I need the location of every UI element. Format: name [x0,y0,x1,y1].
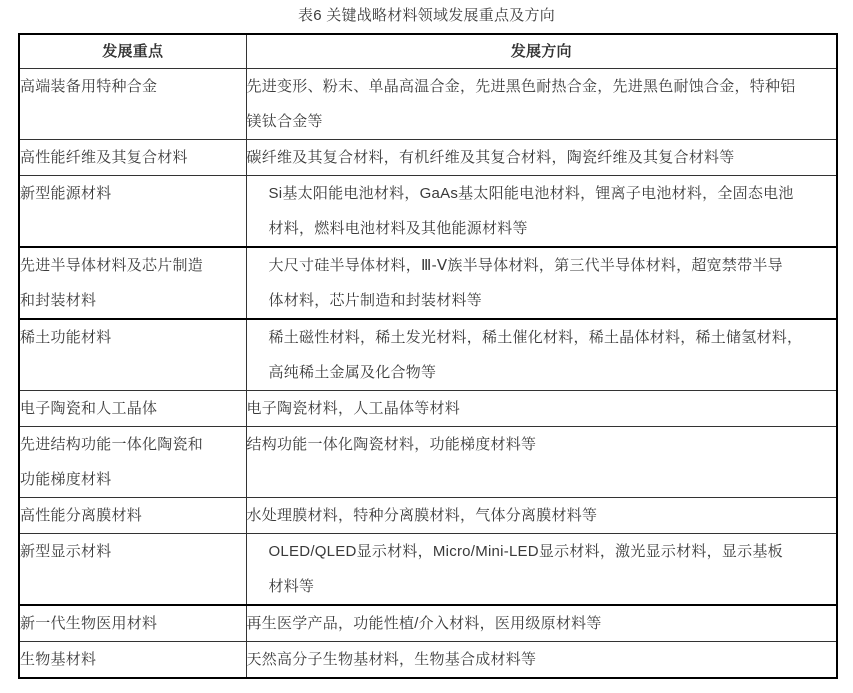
table-row: 新型显示材料 OLED/QLED显示材料，Micro/Mini-LED显示材料，… [19,534,837,606]
direction-cell: 大尺寸硅半导体材料，Ⅲ-Ⅴ族半导体材料，第三代半导体材料，超宽禁带半导 体材料，… [246,247,837,319]
table-row: 高性能分离膜材料 水处理膜材料，特种分离膜材料，气体分离膜材料等 [19,498,837,534]
focus-cell: 新型能源材料 [19,176,246,248]
table-header-row: 发展重点 发展方向 [19,34,837,69]
direction-cell: 结构功能一体化陶瓷材料，功能梯度材料等 [246,427,837,498]
focus-cell: 高性能纤维及其复合材料 [19,140,246,176]
focus-cell: 先进半导体材料及芯片制造 和封装材料 [19,247,246,319]
table-row: 高性能纤维及其复合材料 碳纤维及其复合材料，有机纤维及其复合材料，陶瓷纤维及其复… [19,140,837,176]
table-row: 高端装备用特种合金 先进变形、粉末、单晶高温合金，先进黑色耐热合金，先进黑色耐蚀… [19,69,837,140]
table-row: 新型能源材料 Si基太阳能电池材料，GaAs基太阳能电池材料，锂离子电池材料，全… [19,176,837,248]
direction-cell: OLED/QLED显示材料，Micro/Mini-LED显示材料，激光显示材料，… [246,534,837,606]
table-row: 稀土功能材料 稀土磁性材料，稀土发光材料，稀土催化材料，稀土晶体材料，稀土储氢材… [19,319,837,391]
table-row: 先进结构功能一体化陶瓷和 功能梯度材料 结构功能一体化陶瓷材料，功能梯度材料等 [19,427,837,498]
page-title: 表6 关键战略材料领域发展重点及方向 [0,0,853,26]
focus-cell: 稀土功能材料 [19,319,246,391]
focus-cell: 电子陶瓷和人工晶体 [19,391,246,427]
direction-cell: 碳纤维及其复合材料，有机纤维及其复合材料，陶瓷纤维及其复合材料等 [246,140,837,176]
focus-cell: 生物基材料 [19,642,246,679]
direction-cell: 天然高分子生物基材料，生物基合成材料等 [246,642,837,679]
focus-cell: 高性能分离膜材料 [19,498,246,534]
table-row: 生物基材料 天然高分子生物基材料，生物基合成材料等 [19,642,837,679]
table-row: 新一代生物医用材料 再生医学产品，功能性植/介入材料，医用级原材料等 [19,605,837,642]
focus-cell: 新一代生物医用材料 [19,605,246,642]
direction-cell: 稀土磁性材料，稀土发光材料，稀土催化材料，稀土晶体材料，稀土储氢材料， 高纯稀土… [246,319,837,391]
direction-cell: 再生医学产品，功能性植/介入材料，医用级原材料等 [246,605,837,642]
focus-cell: 高端装备用特种合金 [19,69,246,140]
column-header-development-focus: 发展重点 [19,34,246,69]
direction-cell: 先进变形、粉末、单晶高温合金，先进黑色耐热合金，先进黑色耐蚀合金，特种铝 镁钛合… [246,69,837,140]
direction-cell: Si基太阳能电池材料，GaAs基太阳能电池材料，锂离子电池材料，全固态电池 材料… [246,176,837,248]
direction-cell: 电子陶瓷材料，人工晶体等材料 [246,391,837,427]
table-row: 电子陶瓷和人工晶体 电子陶瓷材料，人工晶体等材料 [19,391,837,427]
direction-cell: 水处理膜材料，特种分离膜材料，气体分离膜材料等 [246,498,837,534]
focus-cell: 先进结构功能一体化陶瓷和 功能梯度材料 [19,427,246,498]
table-row: 先进半导体材料及芯片制造 和封装材料 大尺寸硅半导体材料，Ⅲ-Ⅴ族半导体材料，第… [19,247,837,319]
column-header-development-direction: 发展方向 [246,34,837,69]
focus-cell: 新型显示材料 [19,534,246,606]
document-page: 表6 关键战略材料领域发展重点及方向 发展重点 发展方向 高端装备用特种合金 先… [0,0,853,693]
strategic-materials-table: 发展重点 发展方向 高端装备用特种合金 先进变形、粉末、单晶高温合金，先进黑色耐… [18,33,838,679]
